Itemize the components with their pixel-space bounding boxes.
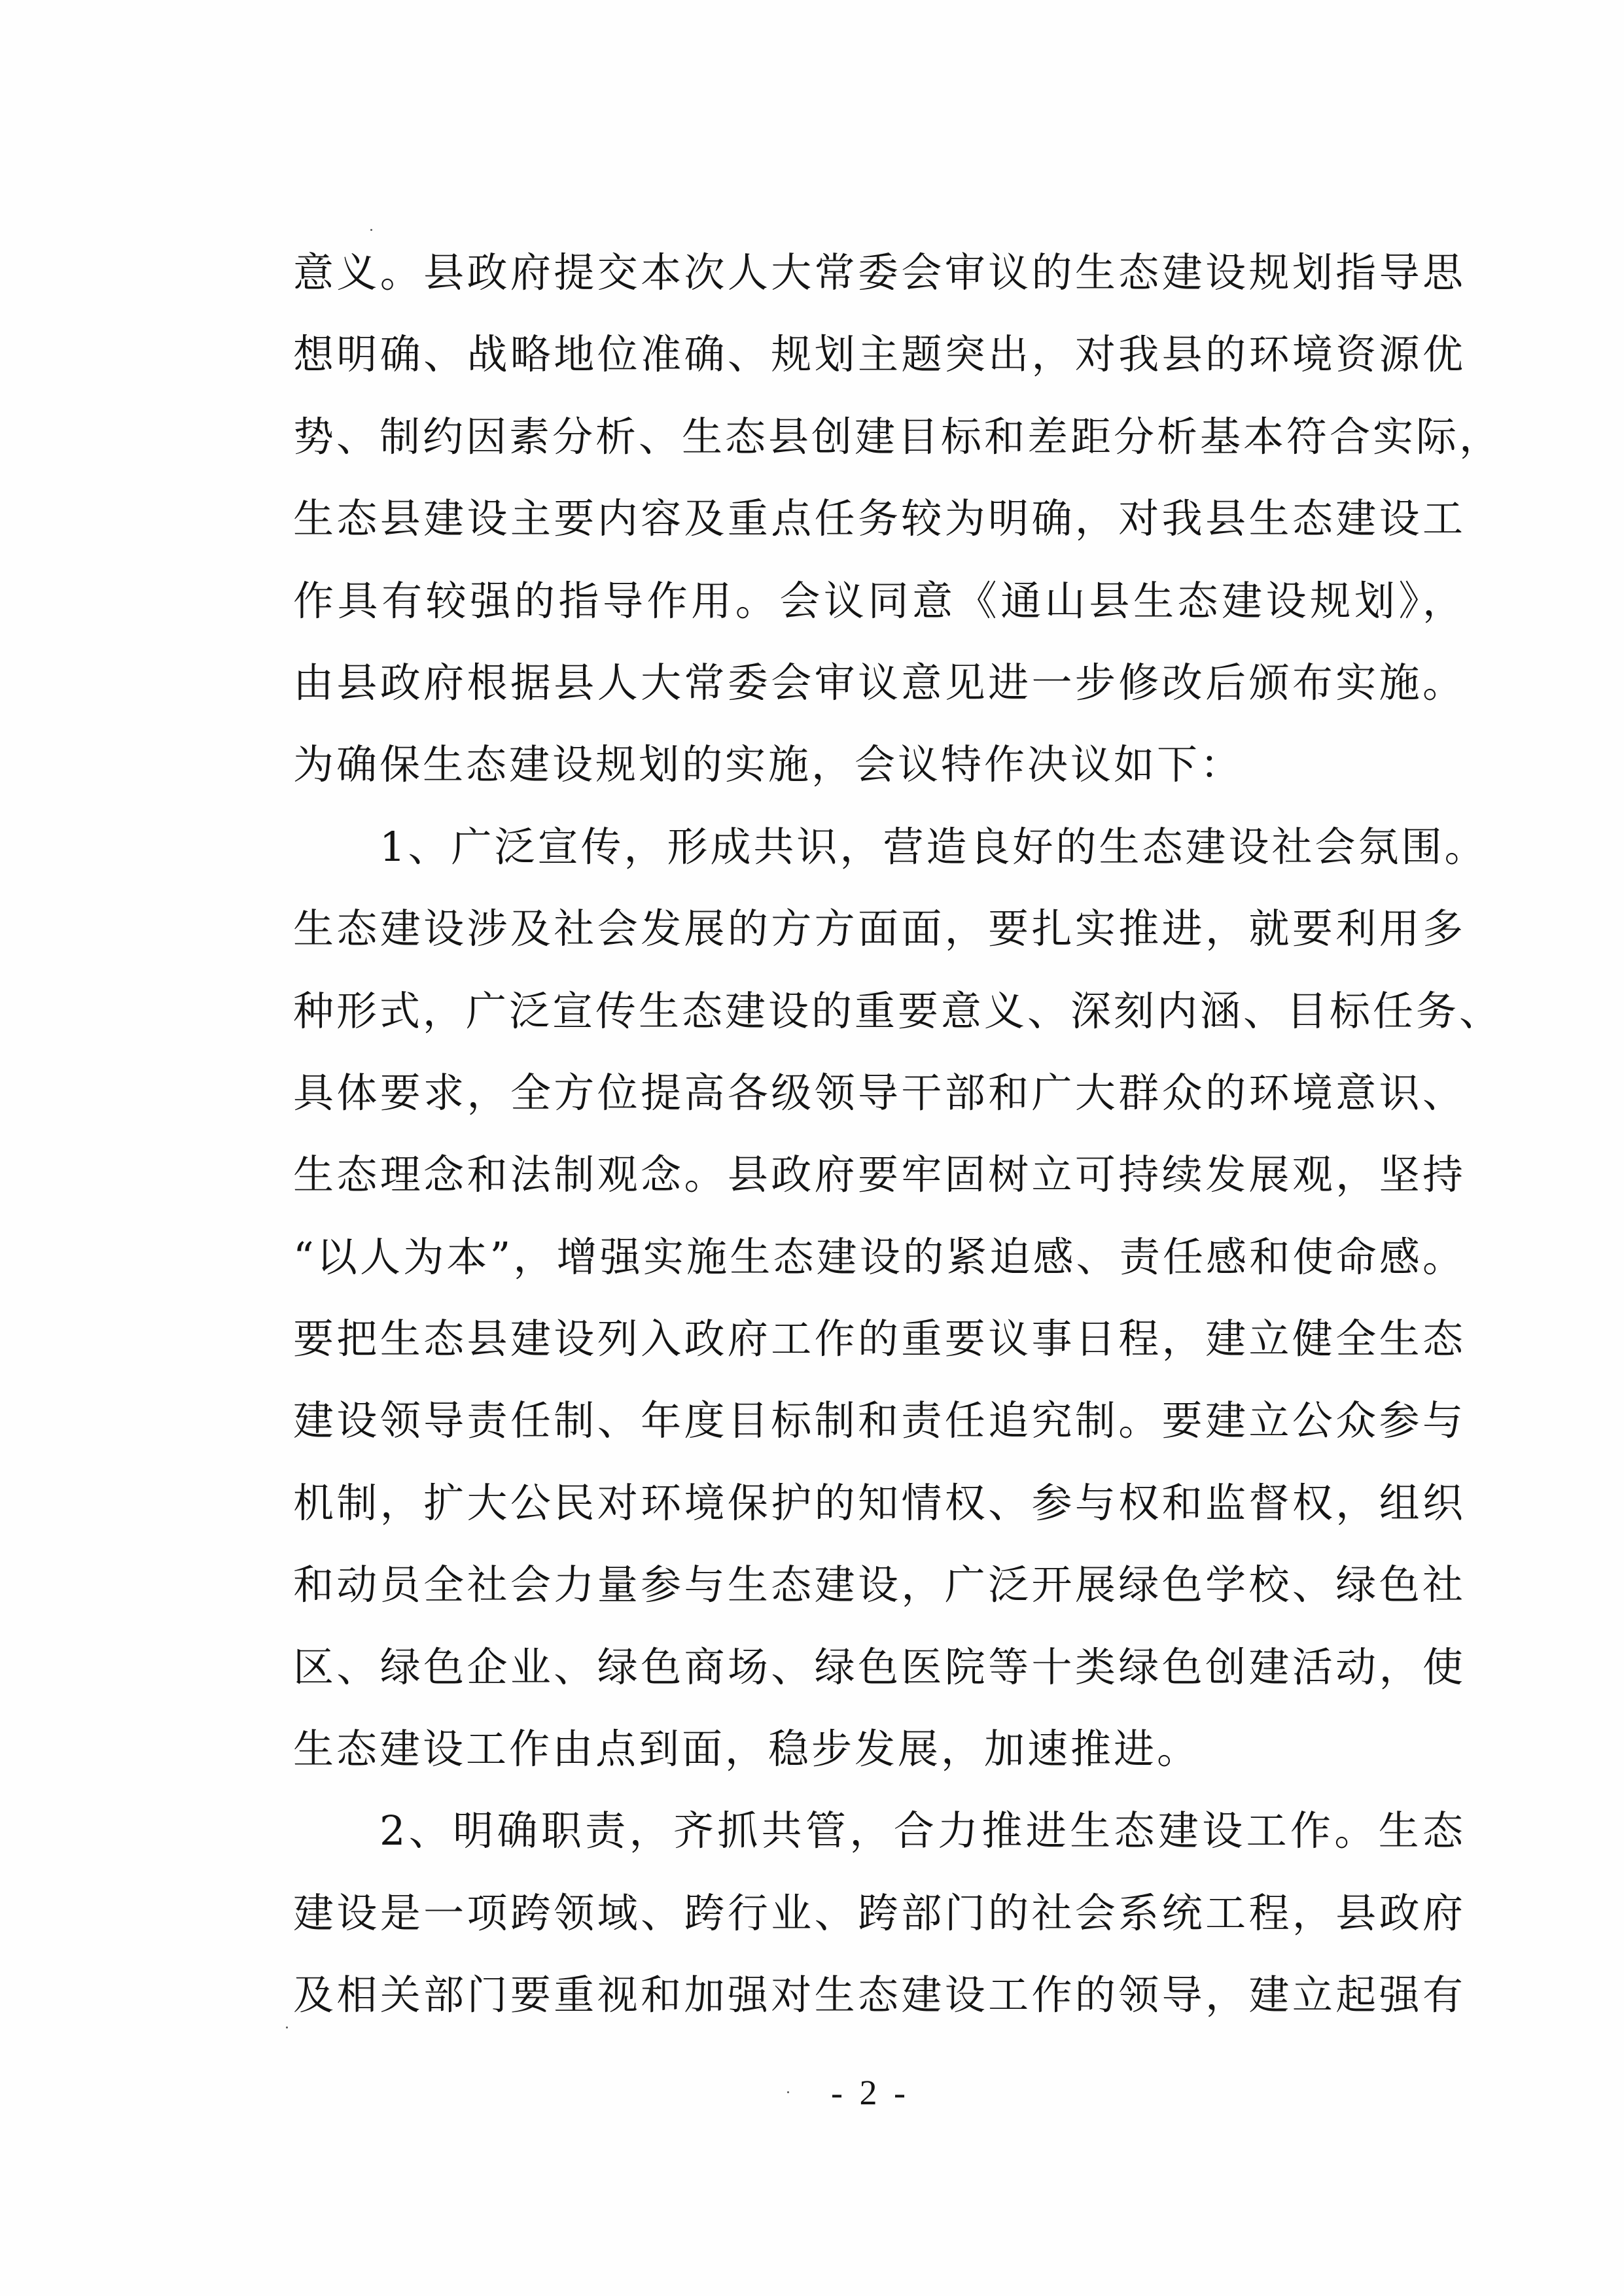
text-line: 要把生态县建设列入政府工作的重要议事日程，建立健全生态 <box>293 1310 1466 1391</box>
text-line: 为确保生态建设规划的实施，会议特作决议如下： <box>293 735 1466 817</box>
text-line: 建设是一项跨领域、跨行业、跨部门的社会系统工程，县政府 <box>293 1884 1466 1966</box>
text-line: 和动员全社会力量参与生态建设，广泛开展绿色学校、绿色社 <box>293 1556 1466 1637</box>
scan-speck <box>370 229 372 231</box>
text-line: 生态理念和法制观念。县政府要牢固树立可持续发展观，坚持 <box>293 1145 1466 1227</box>
text-line: 具体要求，全方位提高各级领导干部和广大群众的环境意识、 <box>293 1064 1466 1145</box>
body-text: 意义。县政府提交本次人大常委会审议的生态建设规划指导思 想明确、战略地位准确、规… <box>293 243 1471 2048</box>
text-line: 生态县建设主要内容及重点任务较为明确，对我县生态建设工 <box>293 489 1466 571</box>
text-line: 机制，扩大公民对环境保护的知情权、参与权和监督权，组织 <box>293 1474 1466 1556</box>
text-line: 区、绿色企业、绿色商场、绿色医院等十类绿色创建活动，使 <box>293 1638 1466 1720</box>
text-line: 生态建设工作由点到面，稳步发展，加速推进。 <box>293 1720 1466 1801</box>
document-page: 意义。县政府提交本次人大常委会审议的生态建设规划指导思 想明确、战略地位准确、规… <box>0 0 1624 2296</box>
section-heading-1: 1、广泛宣传，形成共识，营造良好的生态建设社会氛围。 <box>293 818 1466 899</box>
scan-speck <box>787 2091 789 2093</box>
text-line: 生态建设涉及社会发展的方方面面，要扎实推进，就要利用多 <box>293 899 1466 981</box>
text-line: 及相关部门要重视和加强对生态建设工作的领导，建立起强有 <box>293 1966 1466 2047</box>
text-line: 建设领导责任制、年度目标制和责任追究制。要建立公众参与 <box>293 1391 1466 1473</box>
text-line: 意义。县政府提交本次人大常委会审议的生态建设规划指导思 <box>293 243 1466 325</box>
page-number: - 2 - <box>811 2072 929 2113</box>
scan-speck <box>286 2026 288 2028</box>
text-line: 想明确、战略地位准确、规划主题突出，对我县的环境资源优 <box>293 325 1466 407</box>
text-line: 势、制约因素分析、生态县创建目标和差距分析基本符合实际， <box>293 408 1466 489</box>
text-line: 作具有较强的指导作用。会议同意《通山县生态建设规划》， <box>293 572 1466 653</box>
text-line: 种形式，广泛宣传生态建设的重要意义、深刻内涵、目标任务、 <box>293 982 1466 1064</box>
text-line: “以人为本”，增强实施生态建设的紧迫感、责任感和使命感。 <box>293 1228 1466 1310</box>
section-heading-2: 2、明确职责，齐抓共管，合力推进生态建设工作。生态 <box>293 1801 1466 1883</box>
text-line: 由县政府根据县人大常委会审议意见进一步修改后颁布实施。 <box>293 653 1466 735</box>
